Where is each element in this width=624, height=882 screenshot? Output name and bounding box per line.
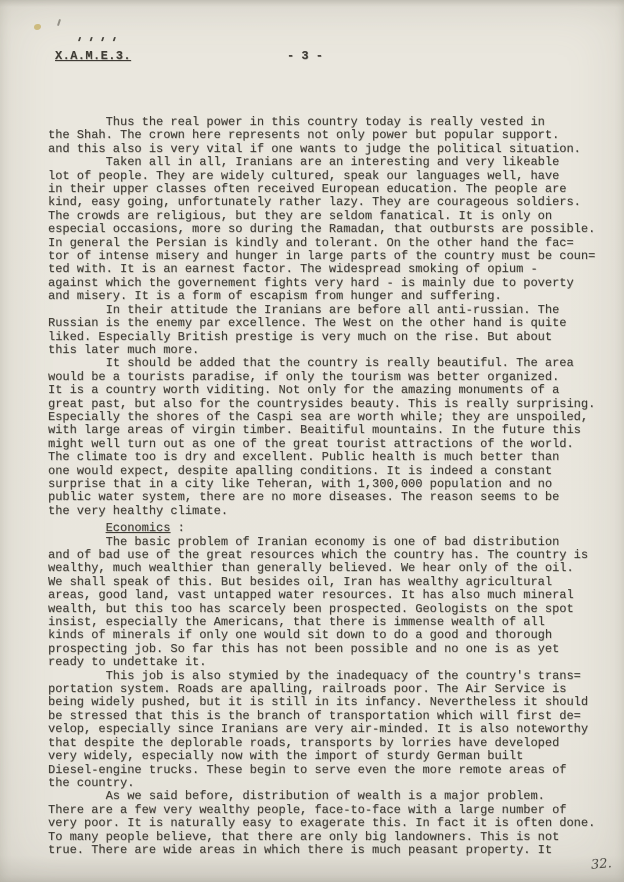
text-line: might well turn out as one of the great … — [48, 438, 614, 451]
text-line: It should be added that the country is r… — [48, 357, 614, 370]
text-line: lot of people. They are widely cultured,… — [48, 170, 614, 183]
text-line: the Shah. The crown here represents not … — [48, 129, 614, 142]
text-line: great past, but also for the countryside… — [48, 398, 614, 411]
text-line: this later much more. — [48, 344, 614, 357]
text-line: the very healthy climate. — [48, 505, 614, 518]
text-line: Especially the shores of the Caspi sea a… — [48, 411, 614, 424]
section-heading: Economics : — [48, 522, 614, 535]
text-line: liked. Especially British prestige is ve… — [48, 331, 614, 344]
text-line: one would expect, despite apalling condi… — [48, 465, 614, 478]
text-line: and this also is very vital if one wants… — [48, 143, 614, 156]
text-line: wealthy, much wealthier than generally b… — [48, 562, 614, 575]
text-line: tor of intense misery and hunger in larg… — [48, 250, 614, 263]
text-line: There are a few very wealthy people, fac… — [48, 804, 614, 817]
text-line: be stressed that this is the branch of t… — [48, 710, 614, 723]
text-line: ted with. It is an earnest factor. The w… — [48, 263, 614, 276]
text-line: ready to undettake it. — [48, 656, 614, 669]
text-line: wealth, but this too has scarcely been p… — [48, 603, 614, 616]
text-line: surprise that in a city like Teheran, wi… — [48, 478, 614, 491]
text-line: In general the Persian is kindly and tol… — [48, 237, 614, 250]
text-line: and of bad use of the great resources wh… — [48, 549, 614, 562]
text-line: We shall speak of this. But besides oil,… — [48, 576, 614, 589]
paper-stain — [34, 24, 41, 30]
document-content: '''' X.A.M.E.3. - 3 - Thus the real powe… — [0, 0, 624, 882]
text-line: prospecting job. So far this has not bee… — [48, 643, 614, 656]
text-line: The crowds are religious, but they are s… — [48, 210, 614, 223]
text-line: public water system, there are no more d… — [48, 491, 614, 504]
pencil-speck — [57, 19, 61, 26]
text-line: velop, especially since Iranians are ver… — [48, 723, 614, 736]
page-number: - 3 - — [287, 49, 323, 63]
text-line: very poor. It is naturally easy to exage… — [48, 817, 614, 830]
handwritten-page-number: 32. — [590, 856, 612, 873]
text-line: true. There are wide areas in which ther… — [48, 844, 614, 857]
text-line: In their attitude the Iranians are befor… — [48, 304, 614, 317]
text-line: The climate too is dry and excellent. Pu… — [48, 451, 614, 464]
scanned-document-page: '''' X.A.M.E.3. - 3 - Thus the real powe… — [0, 0, 624, 882]
handwritten-tick-marks: '''' — [73, 34, 125, 52]
text-line: would be a tourists paradise, if only th… — [48, 371, 614, 384]
text-line: the country. — [48, 777, 614, 790]
text-line: To many people believe, that there are o… — [48, 831, 614, 844]
text-line: Thus the real power in this country toda… — [48, 116, 614, 129]
text-line: Diesel-engine trucks. These begin to ser… — [48, 764, 614, 777]
text-line: The basic problem of Iranian economy is … — [48, 536, 614, 549]
document-body: Thus the real power in this country toda… — [48, 116, 614, 857]
text-line: It is a country worth viditing. Not only… — [48, 384, 614, 397]
text-line: This job is also stymied by the inadequa… — [48, 670, 614, 683]
text-line: very widely, especially now with the imp… — [48, 750, 614, 763]
text-line: Taken all in all, Iranians are an intere… — [48, 156, 614, 169]
text-line: Russian is the enemy par excellence. The… — [48, 317, 614, 330]
text-line: with large areas of virgin timber. Beait… — [48, 424, 614, 437]
text-line: kind, easy going, unfortunately rather l… — [48, 196, 614, 209]
text-line: that despite the deplorable roads, trans… — [48, 737, 614, 750]
text-line: As we said before, distribution of wealt… — [48, 790, 614, 803]
text-line: portation system. Roads are apalling, ra… — [48, 683, 614, 696]
text-line: areas, good land, vast untapped water re… — [48, 589, 614, 602]
text-line: being widely pushed, but it is still in … — [48, 696, 614, 709]
text-line: especial occasions, more so during the R… — [48, 223, 614, 236]
text-line: kinds of minerals if only one would sit … — [48, 629, 614, 642]
text-line: in their upper classes often received Eu… — [48, 183, 614, 196]
text-line: and misery. It is a form of escapism fro… — [48, 290, 614, 303]
text-line: against which the governement fights ver… — [48, 277, 614, 290]
text-line: insist, especially the Americans, that t… — [48, 616, 614, 629]
